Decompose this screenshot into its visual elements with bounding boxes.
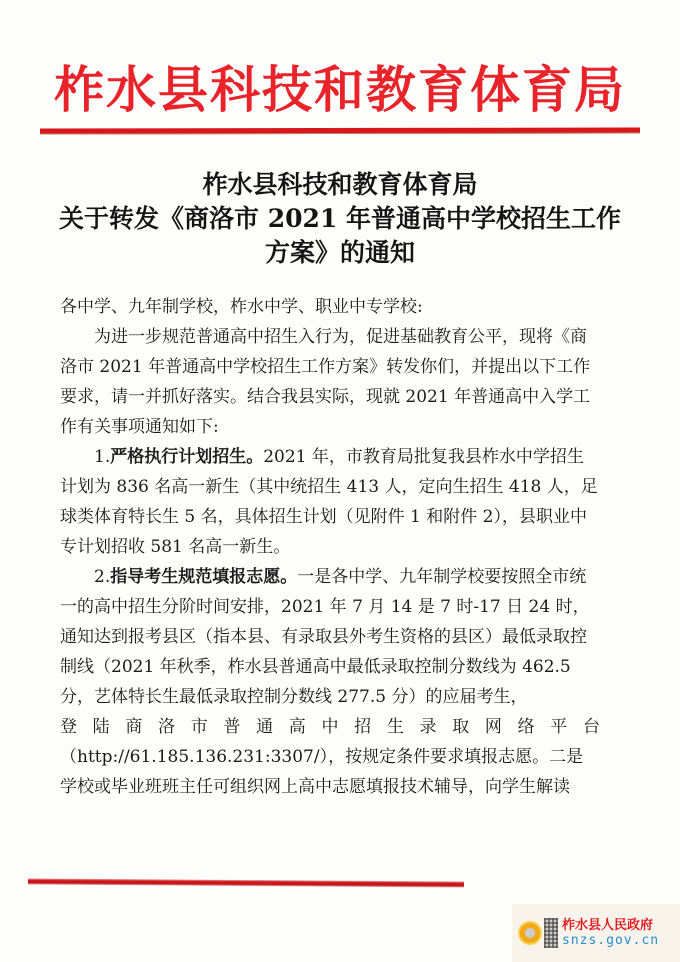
camscanner-logo-icon <box>518 921 542 945</box>
masthead-red-rule <box>40 127 640 134</box>
item-2-number: 2. <box>94 567 110 587</box>
item-1-heading: 严格执行计划招生。 <box>110 447 263 467</box>
item-2-heading: 指导考生规范填报志愿。 <box>110 567 297 587</box>
footer-red-rule <box>28 878 464 887</box>
title-line-1: 柞水县科技和教育体育局 <box>0 168 680 202</box>
item-2-text-b: （http://61.185.136.231:3307/），按规定条件要求填报志… <box>60 742 600 802</box>
item-1-paragraph: 1.严格执行计划招生。2021 年，市教育局批复我县柞水中学招生计划为 836 … <box>60 442 600 562</box>
item-1-number: 1. <box>94 447 110 467</box>
title-line-3: 方案》的通知 <box>0 236 680 270</box>
item-2-spread-line: 登陆商洛市普通高中招生录取网络平台 <box>60 712 600 742</box>
watermark: 柞水县人民政府 扫描全能王 创建 snzs.gov.cn <box>512 904 680 962</box>
qr-code-icon <box>544 918 558 948</box>
intro-paragraph: 为进一步规范普通高中招生入行为，促进基础教育公平，现将《商洛市 2021 年普通… <box>60 322 600 442</box>
watermark-url: snzs.gov.cn <box>562 933 659 948</box>
item-2-text-a: 一是各中学、九年制学校要按照全市统一的高中招生分阶时间安排，2021 年 7 月… <box>60 567 590 707</box>
title-line-2: 关于转发《商洛市 2021 年普通高中学校招生工作 <box>0 202 680 236</box>
watermark-title: 柞水县人民政府 <box>562 918 659 933</box>
masthead-org-name: 柞水县科技和教育体育局 <box>0 60 680 120</box>
salutation: 各中学、九年制学校，柞水中学、职业中专学校: <box>60 292 600 322</box>
document-title: 柞水县科技和教育体育局 关于转发《商洛市 2021 年普通高中学校招生工作 方案… <box>0 168 680 270</box>
item-2-paragraph: 2.指导考生规范填报志愿。一是各中学、九年制学校要按照全市统一的高中招生分阶时间… <box>60 562 600 712</box>
document-body: 各中学、九年制学校，柞水中学、职业中专学校: 为进一步规范普通高中招生入行为，促… <box>60 292 600 802</box>
